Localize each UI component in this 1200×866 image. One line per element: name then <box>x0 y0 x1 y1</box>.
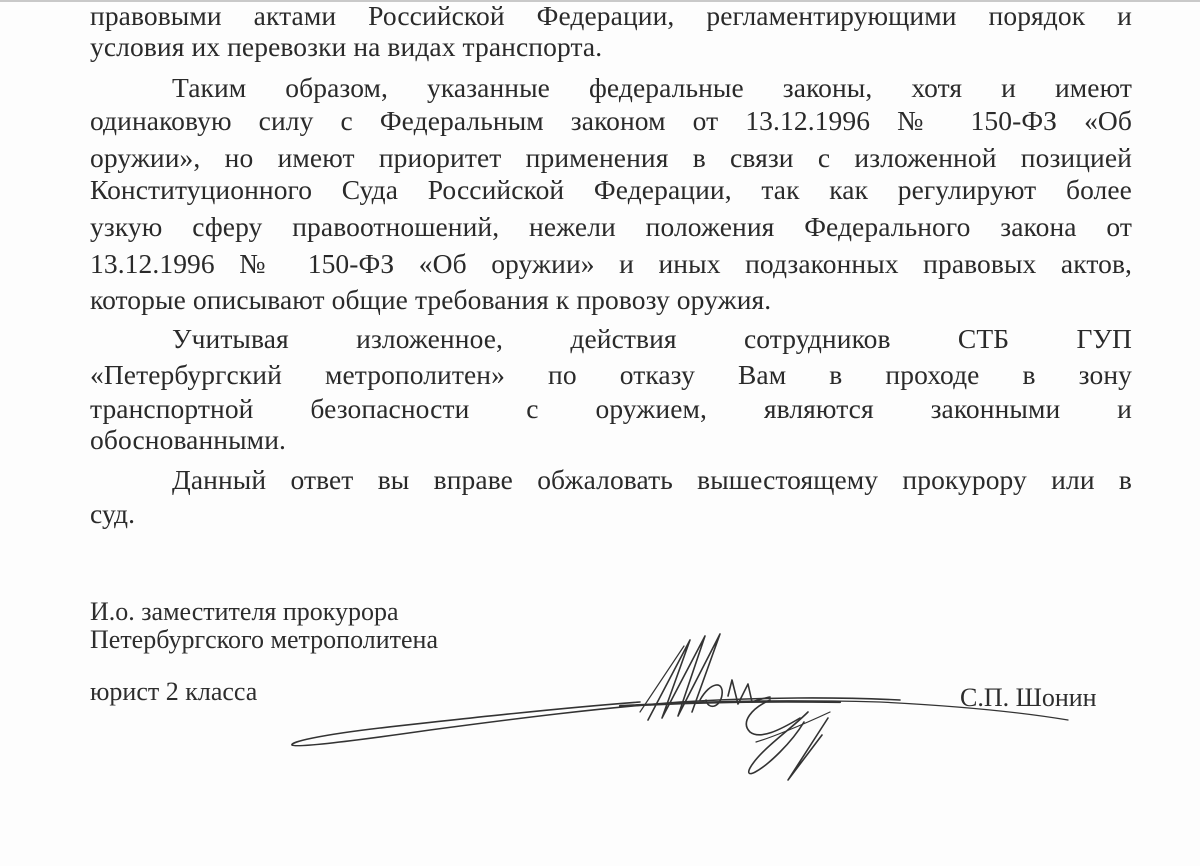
text-line: суд. <box>90 498 1132 530</box>
text-line: условия их перевозки на видах транспорта… <box>90 31 1132 63</box>
text-line: правовыми актами Российской Федерации, р… <box>90 0 1132 32</box>
text-line: оружии», но имеют приоритет применения в… <box>90 142 1132 174</box>
signer-position-line2: Петербургского метрополитена <box>90 626 438 654</box>
text-line: Конституционного Суда Российской Федерац… <box>90 174 1132 206</box>
text-line: Данный ответ вы вправе обжаловать вышест… <box>172 464 1132 496</box>
text-line: узкую сферу правоотношений, нежели полож… <box>90 211 1132 243</box>
text-line: Учитывая изложенное, действия сотруднико… <box>172 323 1132 355</box>
signer-rank: юрист 2 класса <box>90 678 257 706</box>
text-line: «Петербургский метрополитен» по отказу В… <box>90 359 1132 391</box>
text-line: транспортной безопасности с оружием, явл… <box>90 393 1132 425</box>
signer-position-line1: И.о. заместителя прокурора <box>90 598 399 626</box>
text-line: 13.12.1996 № 150-ФЗ «Об оружии» и иных п… <box>90 248 1132 280</box>
text-line: Таким образом, указанные федеральные зак… <box>172 72 1132 104</box>
document-page: правовыми актами Российской Федерации, р… <box>0 0 1200 866</box>
text-line: одинаковую силу с Федеральным законом от… <box>90 105 1132 137</box>
signer-name: С.П. Шонин <box>960 684 1097 712</box>
text-line: которые описывают общие требования к про… <box>90 284 1132 316</box>
text-line: обоснованными. <box>90 424 1132 456</box>
